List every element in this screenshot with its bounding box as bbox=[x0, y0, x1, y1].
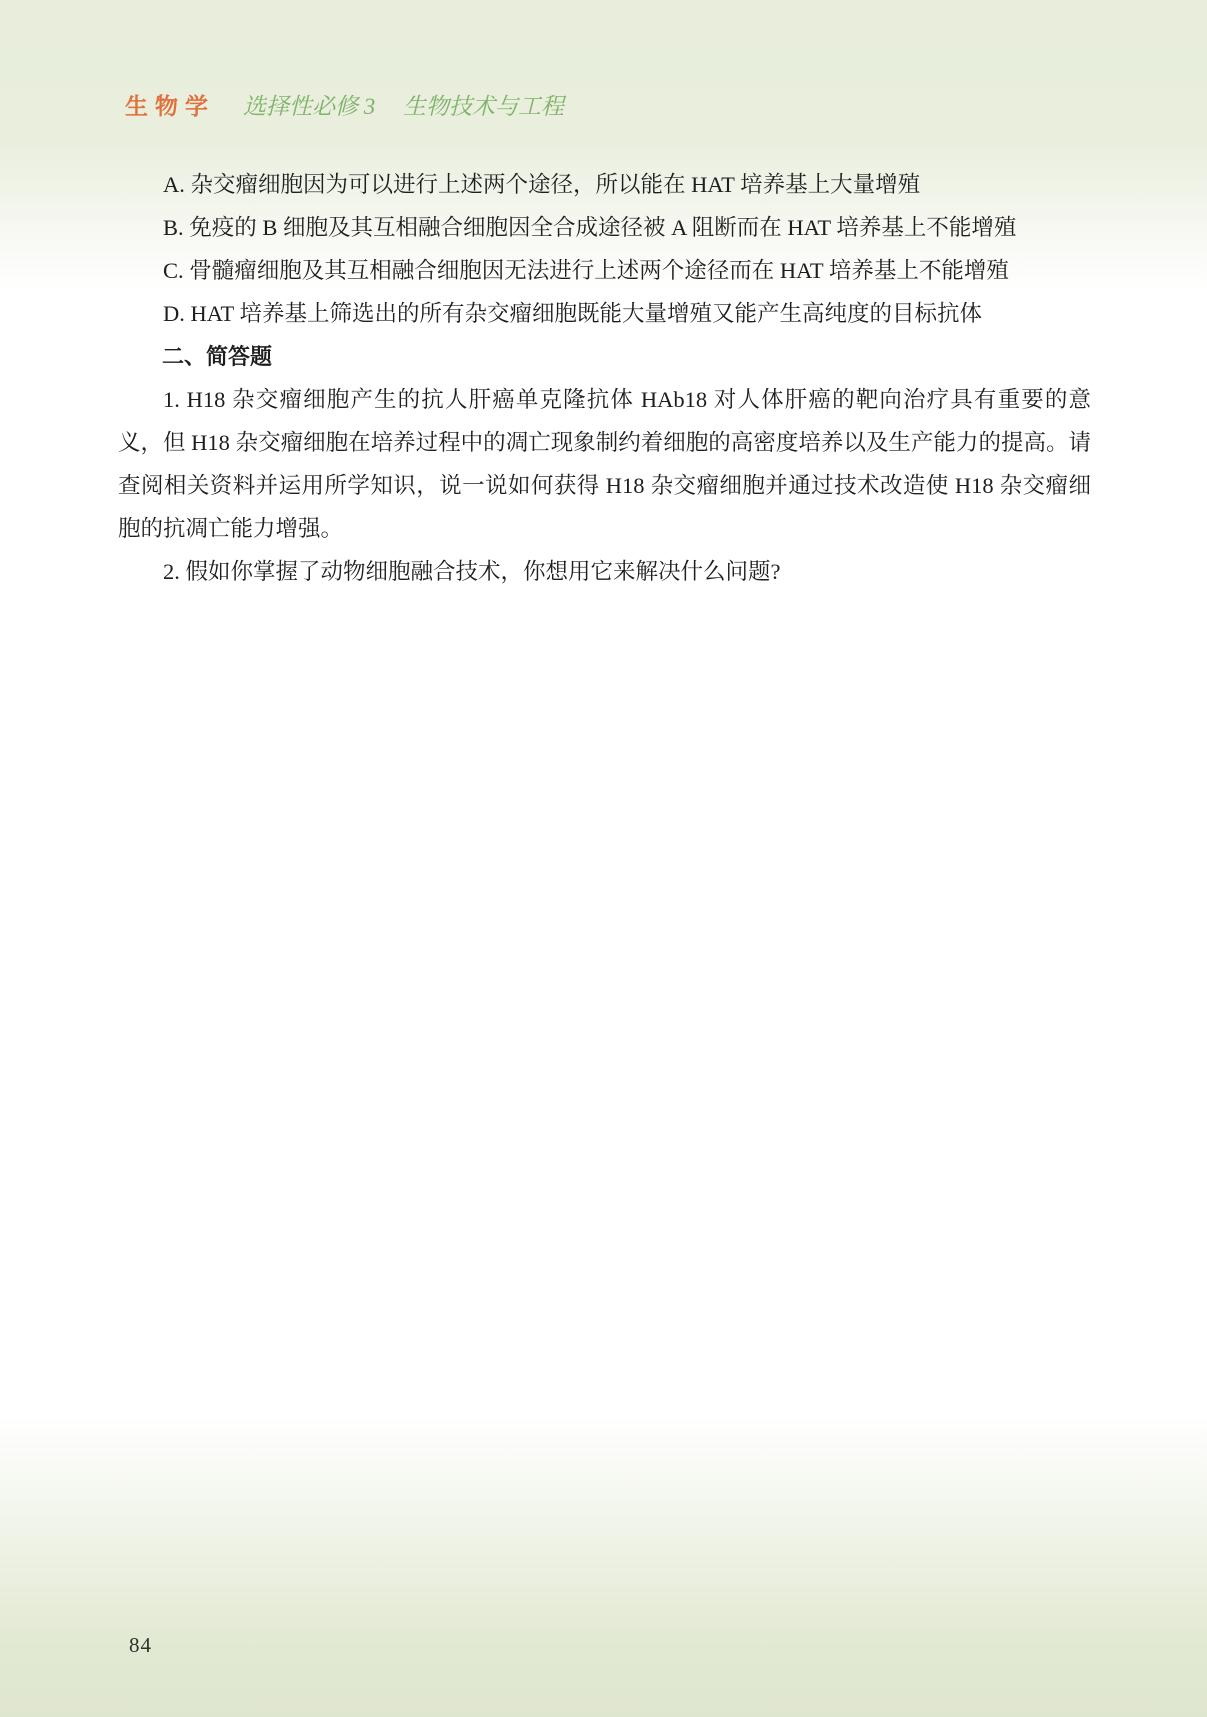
choice-option-b: B. 免疫的 B 细胞及其互相融合细胞因全合成途径被 A 阻断而在 HAT 培养… bbox=[118, 206, 1091, 249]
running-head: 生物学 选择性必修 3 生物技术与工程 bbox=[125, 88, 564, 121]
volume-title-group: 选择性必修 3 生物技术与工程 bbox=[243, 88, 564, 121]
section-heading: 二、简答题 bbox=[118, 335, 1091, 378]
choice-option-a: A. 杂交瘤细胞因为可以进行上述两个途径，所以能在 HAT 培养基上大量增殖 bbox=[118, 163, 1091, 206]
question-1: 1. H18 杂交瘤细胞产生的抗人肝癌单克隆抗体 HAb18 对人体肝癌的靶向治… bbox=[118, 378, 1091, 550]
textbook-page: 生物学 选择性必修 3 生物技术与工程 A. 杂交瘤细胞因为可以进行上述两个途径… bbox=[0, 0, 1207, 1717]
question-2: 2. 假如你掌握了动物细胞融合技术，你想用它来解决什么问题? bbox=[118, 550, 1091, 593]
choice-option-d: D. HAT 培养基上筛选出的所有杂交瘤细胞既能大量增殖又能产生高纯度的目标抗体 bbox=[118, 292, 1091, 335]
volume-label: 选择性必修 3 bbox=[243, 94, 375, 119]
choice-option-c: C. 骨髓瘤细胞及其互相融合细胞因无法进行上述两个途径而在 HAT 培养基上不能… bbox=[118, 249, 1091, 292]
page-number: 84 bbox=[129, 1633, 152, 1658]
page-body-text: A. 杂交瘤细胞因为可以进行上述两个途径，所以能在 HAT 培养基上大量增殖 B… bbox=[118, 163, 1091, 593]
subject-label: 生物学 bbox=[125, 88, 215, 121]
series-title-label: 生物技术与工程 bbox=[403, 94, 564, 119]
